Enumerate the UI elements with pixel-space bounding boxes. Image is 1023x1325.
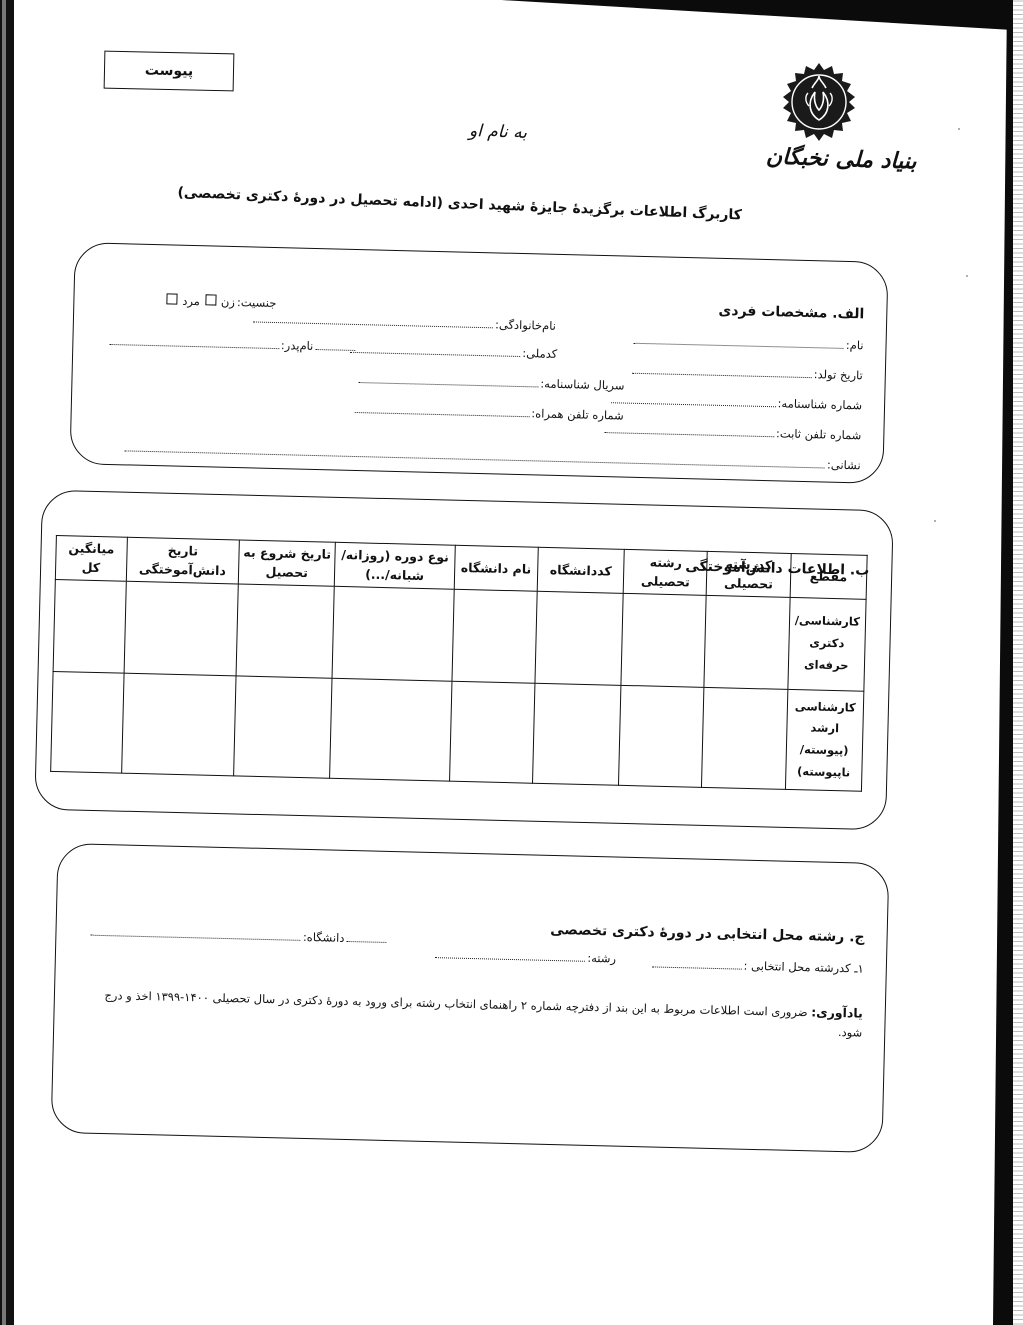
col-header-university-name: نام دانشگاه	[454, 545, 538, 591]
col-header-field: رشته تحصیلی	[623, 549, 707, 595]
col-header-course-type: نوع دوره (روزانه/شبانه/...)	[335, 542, 455, 589]
id-serial-label: سریال شناسنامه:	[540, 377, 624, 393]
reminder-text: ضروری است اطلاعات مربوط به این بند از دف…	[104, 988, 862, 1040]
invocation-text: به نام او	[469, 121, 528, 143]
scan-speck	[958, 128, 960, 130]
national-code-input[interactable]	[350, 342, 520, 357]
col-header-university-code: کددانشگاه	[537, 547, 625, 593]
address-label: نشانی:	[827, 458, 861, 473]
id-serial-input[interactable]	[358, 372, 538, 387]
mobile-input[interactable]	[354, 402, 529, 417]
section-education-info: ب. اطلاعات دانش‌آموختگی مقطع کدرشته تحصی…	[34, 490, 894, 831]
mobile-label: شماره تلفن همراه:	[531, 406, 624, 422]
col-header-level: مقطع	[790, 553, 867, 599]
row-level-master: کارشناسی ارشد (پیوسته/ ناپیوسته)	[785, 689, 864, 791]
cell-graduation-date[interactable]	[121, 673, 236, 776]
first-name-label: نام:	[846, 338, 864, 352]
cell-course-type[interactable]	[330, 678, 452, 781]
attachment-label: پیوست	[145, 62, 194, 79]
cell-field-code[interactable]	[704, 595, 789, 689]
section-selected-program: ج. رشته محل انتخابی در دورهٔ دکتری تخصصی…	[51, 843, 890, 1153]
landline-input[interactable]	[604, 422, 774, 437]
section-a-title: الف. مشخصات فردی	[718, 303, 864, 323]
cell-university-name[interactable]	[452, 589, 537, 683]
university-label: دانشگاه:	[303, 930, 345, 945]
father-name-label: نام‌پدر:	[281, 338, 314, 353]
spacer-dots	[346, 931, 386, 943]
birth-date-label: تاریخ تولد:	[814, 367, 863, 382]
cell-field[interactable]	[619, 685, 705, 787]
address-input[interactable]	[125, 440, 825, 468]
spacer-dots	[315, 339, 355, 351]
id-number-label: شماره شناسنامه:	[777, 396, 862, 412]
gender-label: جنسیت:	[237, 295, 277, 310]
cell-gpa[interactable]	[53, 579, 126, 673]
cell-field-code[interactable]	[702, 687, 788, 789]
field-of-study-input[interactable]	[435, 947, 585, 962]
id-number-input[interactable]	[611, 392, 776, 407]
program-code-field[interactable]: ۱ـ کدرشته محل انتخابی :	[651, 956, 864, 975]
col-header-start-date: تاریخ شروع به تحصیل	[238, 540, 335, 586]
section-c-title: ج. رشته محل انتخابی در دورهٔ دکتری تخصصی	[550, 922, 865, 946]
foundation-emblem-icon	[779, 62, 859, 142]
gender-female-label: زن	[221, 295, 235, 309]
cell-university-code[interactable]	[535, 591, 624, 685]
cell-graduation-date[interactable]	[124, 581, 239, 676]
id-serial-field[interactable]: سریال شناسنامه:	[358, 372, 624, 392]
first-name-field[interactable]: نام:	[634, 333, 864, 353]
id-number-field[interactable]: شماره شناسنامه:	[611, 392, 863, 412]
education-table: مقطع کدرشته تحصیلی رشته تحصیلی کددانشگاه…	[50, 535, 868, 792]
organization-name: بنیاد ملی نخبگان	[766, 143, 917, 174]
table-row: کارشناسی ارشد (پیوسته/ ناپیوسته)	[51, 671, 864, 791]
program-code-input[interactable]	[652, 956, 742, 969]
gender-male-label: مرد	[182, 294, 200, 308]
cell-start-date[interactable]	[234, 676, 333, 778]
field-of-study-label: رشته:	[587, 951, 616, 966]
section-personal-info: الف. مشخصات فردی نام‌خانوادگی: جنسیت: زن…	[69, 242, 888, 484]
reminder-note: یادآوری: ضروری است اطلاعات مربوط به این …	[102, 985, 863, 1042]
landline-label: شماره تلفن ثابت:	[776, 426, 862, 442]
scan-speck	[966, 275, 968, 277]
birth-date-input[interactable]	[632, 363, 812, 378]
scan-speck	[934, 520, 936, 522]
row-level-bachelor: کارشناسی/ دکتری حرفه‌ای	[787, 597, 866, 691]
university-input[interactable]	[91, 925, 301, 941]
university-field[interactable]: دانشگاه:	[91, 925, 387, 946]
national-code-label: کدملی:	[522, 346, 557, 361]
col-header-graduation-date: تاریخ دانش‌آموختگی	[126, 537, 239, 583]
mobile-field[interactable]: شماره تلفن همراه:	[354, 402, 624, 423]
landline-field[interactable]: شماره تلفن ثابت:	[604, 422, 862, 442]
attachment-label-box: پیوست	[104, 51, 235, 92]
cell-course-type[interactable]	[332, 586, 454, 681]
national-code-field[interactable]: کدملی:	[350, 342, 557, 361]
last-name-input[interactable]	[253, 311, 493, 328]
father-name-field[interactable]: نام‌پدر:	[109, 334, 356, 354]
scan-shadow-left-edge	[2, 0, 6, 1325]
birth-date-field[interactable]: تاریخ تولد:	[632, 363, 863, 383]
field-of-study-field[interactable]: رشته:	[435, 947, 616, 965]
father-name-input[interactable]	[109, 334, 279, 349]
cell-start-date[interactable]	[236, 584, 335, 678]
cell-university-name[interactable]	[449, 681, 534, 783]
program-code-label: ۱ـ کدرشته محل انتخابی :	[743, 959, 864, 976]
gender-field: جنسیت: زن مرد	[163, 293, 276, 310]
form-title: کاربرگ اطلاعات برگزیدهٔ جایزهٔ شهید احدی…	[272, 189, 742, 224]
form-page: پیوست به نام او بنیاد ملی نخبگان کاربرگ …	[14, 0, 989, 1325]
first-name-input[interactable]	[634, 333, 844, 349]
cell-university-code[interactable]	[532, 683, 621, 785]
last-name-field[interactable]: نام‌خانوادگی:	[253, 311, 556, 332]
col-header-field-code: کدرشته تحصیلی	[707, 551, 791, 597]
cell-gpa[interactable]	[51, 671, 124, 773]
scan-noise-right	[1013, 0, 1023, 1325]
gender-female-checkbox[interactable]	[205, 294, 216, 305]
cell-field[interactable]	[621, 593, 706, 687]
reminder-label: یادآوری:	[811, 1004, 863, 1020]
col-header-gpa: میانگین کل	[55, 536, 127, 581]
last-name-label: نام‌خانوادگی:	[495, 317, 556, 332]
gender-male-checkbox[interactable]	[166, 293, 177, 304]
address-field[interactable]: نشانی:	[125, 440, 861, 472]
